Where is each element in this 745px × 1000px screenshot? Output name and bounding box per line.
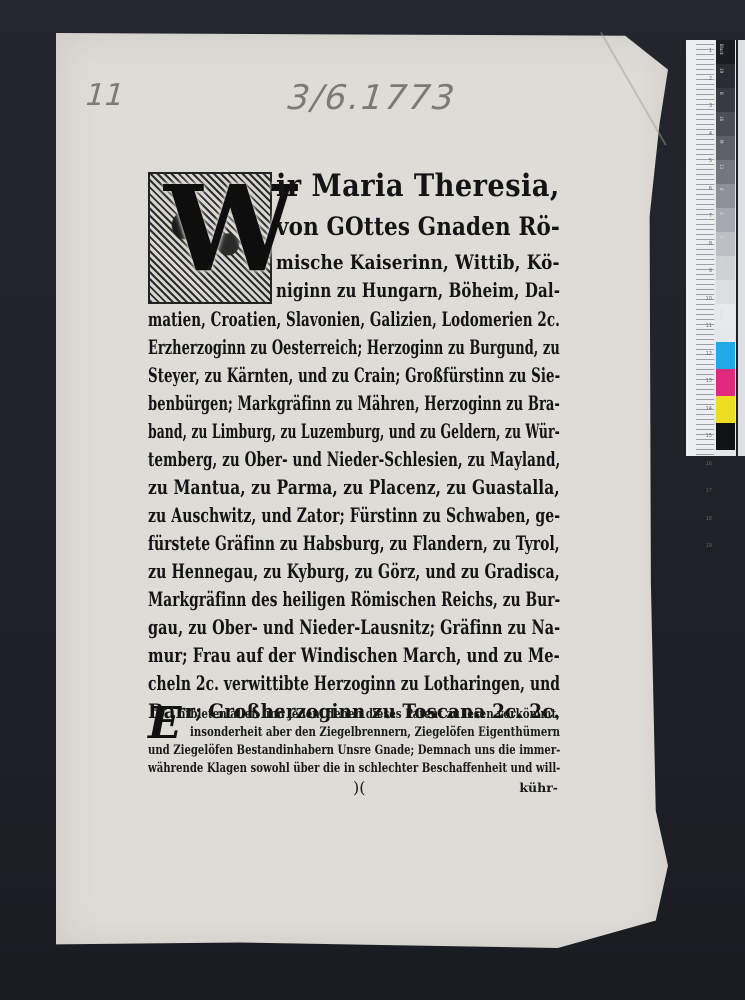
ruler-number: 18 bbox=[706, 516, 712, 522]
ruler-number: 14 bbox=[706, 406, 712, 412]
body-line: band, zu Limburg, zu Luzemburg, und zu G… bbox=[148, 420, 560, 443]
signature-mark: )( bbox=[353, 778, 365, 797]
ruler-number: 15 bbox=[706, 433, 712, 439]
body-line: zu Auschwitz, und Zator; Fürstinn zu Sch… bbox=[148, 504, 560, 527]
patch-label: 3 bbox=[719, 260, 724, 263]
patch-label: 1 bbox=[719, 284, 724, 287]
patch-label: 19 bbox=[719, 68, 724, 73]
ruler-number: 19 bbox=[706, 543, 712, 549]
gray-patch: Black bbox=[716, 40, 735, 64]
patch-label: 5 bbox=[719, 236, 724, 239]
ruler-number: 13 bbox=[706, 378, 712, 384]
body-line: gau, zu Ober- und Nieder-Lausnitz; Gräfi… bbox=[148, 616, 560, 639]
gray-patch: 13 bbox=[716, 160, 735, 184]
body-line: zu Mantua, zu Parma, zu Placenz, zu Guas… bbox=[148, 476, 560, 499]
calibration-ruler: 12345678910111213141516171819 bbox=[686, 40, 714, 456]
ruler-number: 2 bbox=[709, 76, 712, 82]
body-line: Erzherzoginn zu Oesterreich; Herzoginn z… bbox=[148, 336, 560, 359]
patch-label: 8 bbox=[719, 188, 724, 191]
body-line: temberg, zu Ober- und Nieder-Schlesien, … bbox=[148, 448, 560, 471]
patch-label: B bbox=[719, 92, 724, 95]
ruler-number: 5 bbox=[709, 158, 712, 164]
ruler-number: 7 bbox=[709, 213, 712, 219]
ruler-number: 6 bbox=[709, 186, 712, 192]
ruler-number: 4 bbox=[709, 131, 712, 137]
heading-line-4: niginn zu Hungarn, Böheim, Dal- bbox=[276, 278, 560, 302]
color-patch-m bbox=[716, 369, 735, 396]
pencil-note-date: 3/6.1773 bbox=[286, 78, 458, 118]
ruler-number: 1 bbox=[709, 48, 712, 54]
color-patches: Black19B16M138A531White bbox=[716, 40, 735, 456]
gray-patch: 8 bbox=[716, 184, 735, 208]
gray-patch: 3 bbox=[716, 256, 735, 280]
paragraph-line: insonderheit aber den Ziegelbrennern, Zi… bbox=[190, 724, 560, 739]
body-line: fürstete Gräfinn zu Habsburg, zu Flander… bbox=[148, 532, 560, 555]
body-line: Steyer, zu Kärnten, und zu Crain; Großfü… bbox=[148, 364, 560, 387]
gray-patch: B bbox=[716, 88, 735, 112]
patch-label: 13 bbox=[719, 164, 724, 169]
color-patch-k bbox=[716, 423, 735, 450]
patch-label: M bbox=[719, 140, 724, 143]
heading-line-3: mische Kaiserinn, Wittib, Kö- bbox=[276, 250, 560, 274]
gray-patch: M bbox=[716, 136, 735, 160]
paragraph-initial: E bbox=[148, 702, 182, 746]
paragraph-line: währende Klagen sowohl über die in schle… bbox=[148, 760, 560, 775]
paragraph-line: und Ziegelöfen Bestandinhabern Unsre Gna… bbox=[148, 742, 560, 757]
ruler-number: 11 bbox=[706, 323, 712, 329]
ruler-number: 3 bbox=[709, 103, 712, 109]
body-line: benbürgen; Markgräfinn zu Mähren, Herzog… bbox=[148, 392, 560, 415]
gray-patch: 19 bbox=[716, 64, 735, 88]
gray-patch: A bbox=[716, 208, 735, 232]
ruler-number: 8 bbox=[709, 241, 712, 247]
decorated-initial: W bbox=[148, 172, 272, 304]
ruler-number: 16 bbox=[706, 461, 712, 467]
patch-label: Black bbox=[719, 44, 724, 55]
patch-label: A bbox=[719, 212, 724, 215]
catchword: kühr- bbox=[519, 780, 558, 795]
patch-label: White bbox=[719, 308, 724, 320]
body-line: zu Hennegau, zu Kyburg, zu Görz, und zu … bbox=[148, 560, 560, 583]
gray-patch: 16 bbox=[716, 112, 735, 136]
pencil-note-number: 11 bbox=[85, 78, 126, 113]
body-line: cheln 2c. verwittibte Herzoginn zu Lotha… bbox=[148, 672, 560, 695]
gray-patch: White bbox=[716, 304, 735, 328]
ruler-number: 12 bbox=[706, 351, 712, 357]
calibration-card-edge bbox=[738, 40, 745, 456]
body-line: mur; Frau auf der Windischen March, und … bbox=[148, 644, 560, 667]
ruler-number: 9 bbox=[709, 268, 712, 274]
ruler-number: 10 bbox=[706, 296, 712, 302]
body-line: matien, Croatien, Slavonien, Galizien, L… bbox=[148, 308, 560, 331]
gray-patch: 5 bbox=[716, 232, 735, 256]
color-patch-c bbox=[716, 342, 735, 369]
heading-line-1: ir Maria Theresia, bbox=[276, 168, 560, 204]
paragraph-line: ntbieten allen und jeden, denen dieses P… bbox=[178, 706, 560, 721]
gray-patch: 1 bbox=[716, 280, 735, 304]
patch-label: 16 bbox=[719, 116, 724, 121]
body-line: Markgräfinn des heiligen Römischen Reich… bbox=[148, 588, 560, 611]
heading-line-2: von GOttes Gnaden Rö- bbox=[276, 212, 560, 241]
color-calibration-card: 12345678910111213141516171819 Black19B16… bbox=[686, 40, 745, 456]
color-patch-y bbox=[716, 396, 735, 423]
ruler-number: 17 bbox=[706, 488, 712, 494]
